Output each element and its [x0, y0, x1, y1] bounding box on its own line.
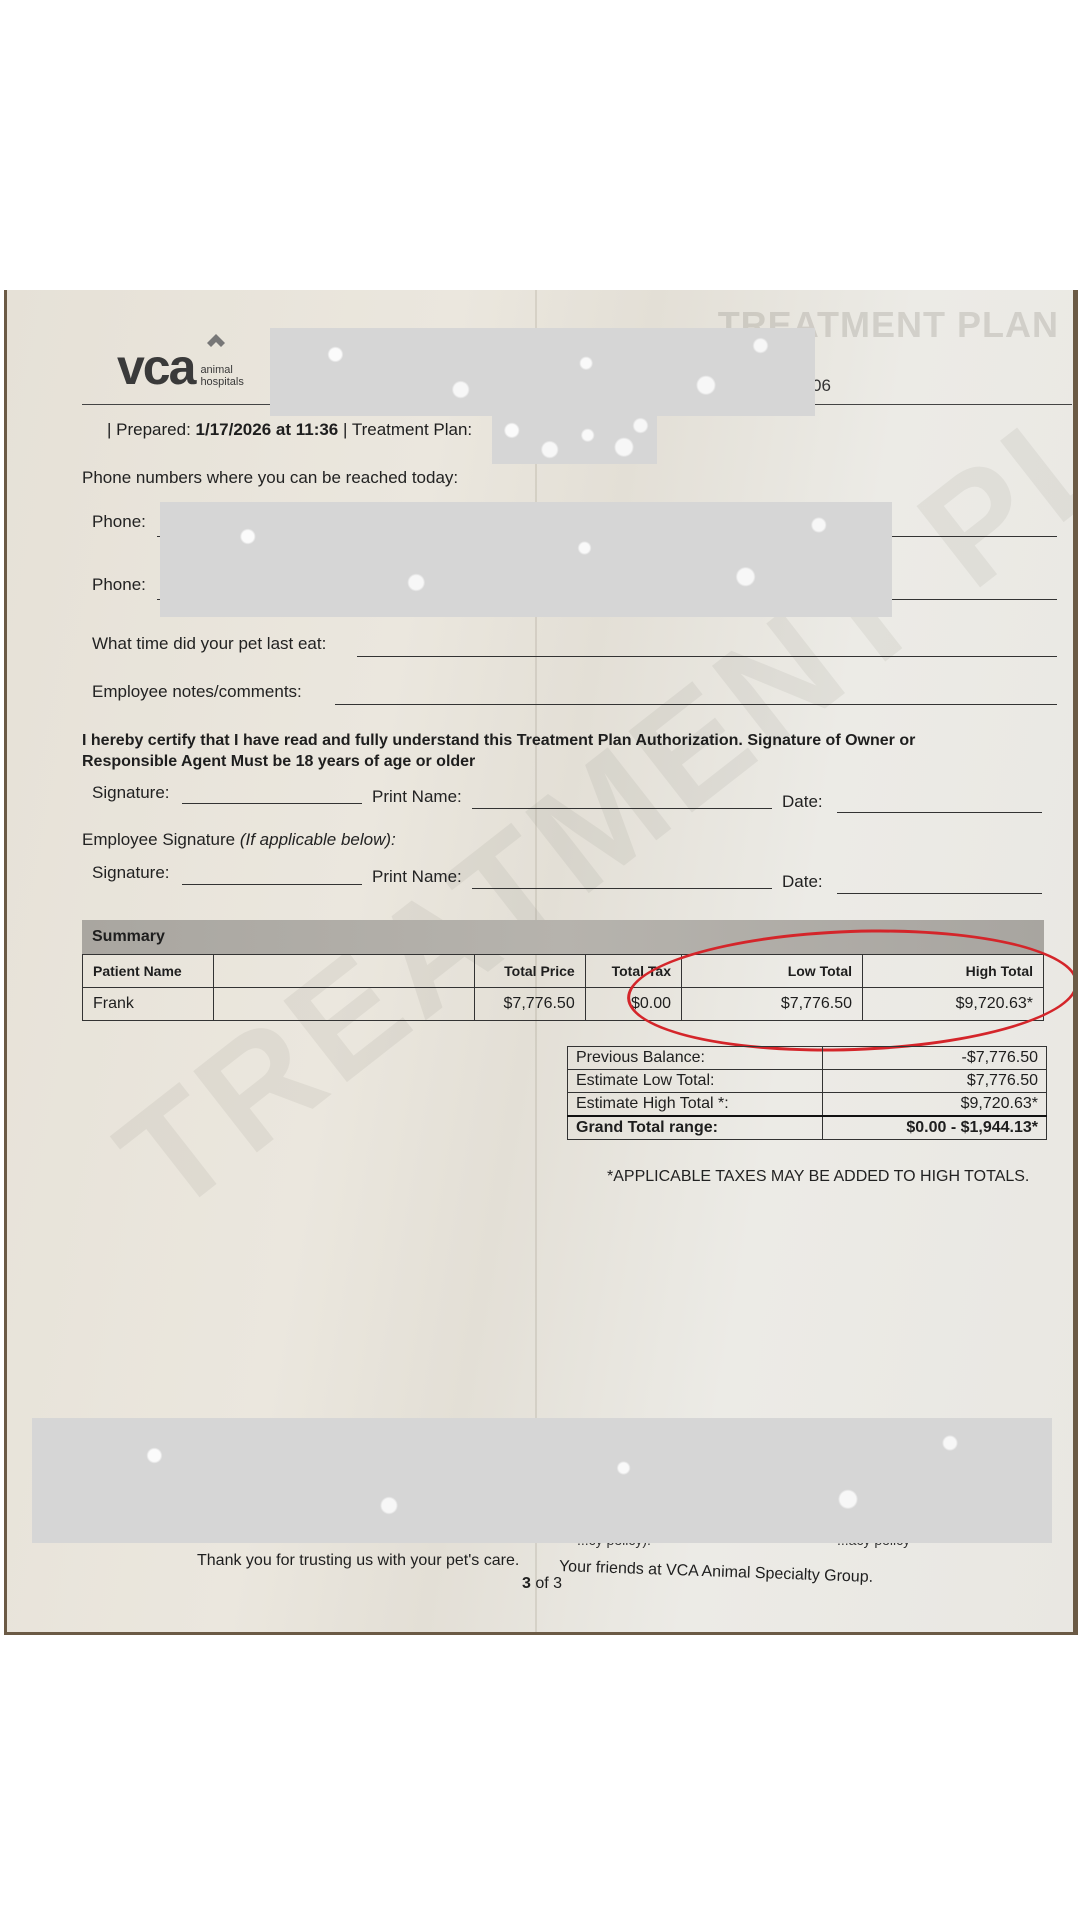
employee-signature-field[interactable] [182, 884, 362, 885]
owner-date-field[interactable] [837, 812, 1042, 813]
vca-logo: vca animal hospitals [117, 342, 244, 392]
grand-total-row: Grand Total range:$0.00 - $1,944.13* [568, 1116, 1047, 1140]
owner-date-label: Date: [782, 792, 823, 812]
logo-subtext: animal hospitals [200, 364, 243, 388]
prepared-line: | Prepared: 1/17/2026 at 11:36 | Treatme… [107, 420, 472, 440]
col-patient-name: Patient Name [83, 955, 214, 988]
totals-row: Previous Balance:-$7,776.50 [568, 1047, 1047, 1070]
estimate-high-total: $9,720.63* [823, 1093, 1047, 1117]
last-eat-field[interactable] [357, 656, 1057, 657]
grand-total-range: $0.00 - $1,944.13* [823, 1116, 1047, 1140]
logo-text: vca [117, 342, 194, 392]
owner-print-name-label: Print Name: [372, 787, 462, 807]
signoff-text: Your friends at VCA Animal Specialty Gro… [559, 1558, 874, 1587]
employee-date-field[interactable] [837, 893, 1042, 894]
prepared-datetime: 1/17/2026 at 11:36 [196, 420, 339, 439]
employee-signature-label: Signature: [92, 863, 170, 883]
thank-you-text: Thank you for trusting us with your pet'… [197, 1552, 519, 1570]
phone-label-1: Phone: [92, 512, 146, 532]
patient-name: Frank [83, 988, 214, 1021]
certification-text: I hereby certify that I have read and fu… [82, 730, 982, 772]
treatment-plan-page: TREATMENT PLAN TREATMENT PLAN vca animal… [7, 290, 1073, 1632]
employee-print-name-field[interactable] [472, 888, 772, 889]
logo-chevron-icon [207, 334, 225, 352]
totals-table: Previous Balance:-$7,776.50 Estimate Low… [567, 1046, 1047, 1140]
redacted-footer-info [32, 1418, 1052, 1543]
owner-signature-field[interactable] [182, 803, 362, 804]
employee-print-name-label: Print Name: [372, 867, 462, 887]
redacted-clinic-info [270, 328, 815, 416]
employee-signature-heading: Employee Signature (If applicable below)… [82, 830, 396, 850]
employee-date-label: Date: [782, 872, 823, 892]
previous-balance: -$7,776.50 [823, 1047, 1047, 1070]
notes-label: Employee notes/comments: [92, 682, 302, 702]
notes-field[interactable] [335, 704, 1057, 705]
redacted-plan-id [492, 416, 657, 464]
total-price: $7,776.50 [475, 988, 585, 1021]
totals-row: Estimate Low Total:$7,776.50 [568, 1070, 1047, 1093]
phone-heading: Phone numbers where you can be reached t… [82, 468, 458, 488]
totals-row: Estimate High Total *:$9,720.63* [568, 1093, 1047, 1117]
phone-label-2: Phone: [92, 575, 146, 595]
redacted-phone-numbers [160, 502, 892, 617]
col-spacer [214, 955, 475, 988]
owner-print-name-field[interactable] [472, 808, 772, 809]
col-total-price: Total Price [475, 955, 585, 988]
last-eat-label: What time did your pet last eat: [92, 634, 326, 654]
owner-signature-label: Signature: [92, 783, 170, 803]
estimate-low-total: $7,776.50 [823, 1070, 1047, 1093]
page-number: 3 of 3 [522, 1575, 562, 1593]
tax-note: *APPLICABLE TAXES MAY BE ADDED TO HIGH T… [607, 1168, 1029, 1186]
spacer-cell [214, 988, 475, 1021]
